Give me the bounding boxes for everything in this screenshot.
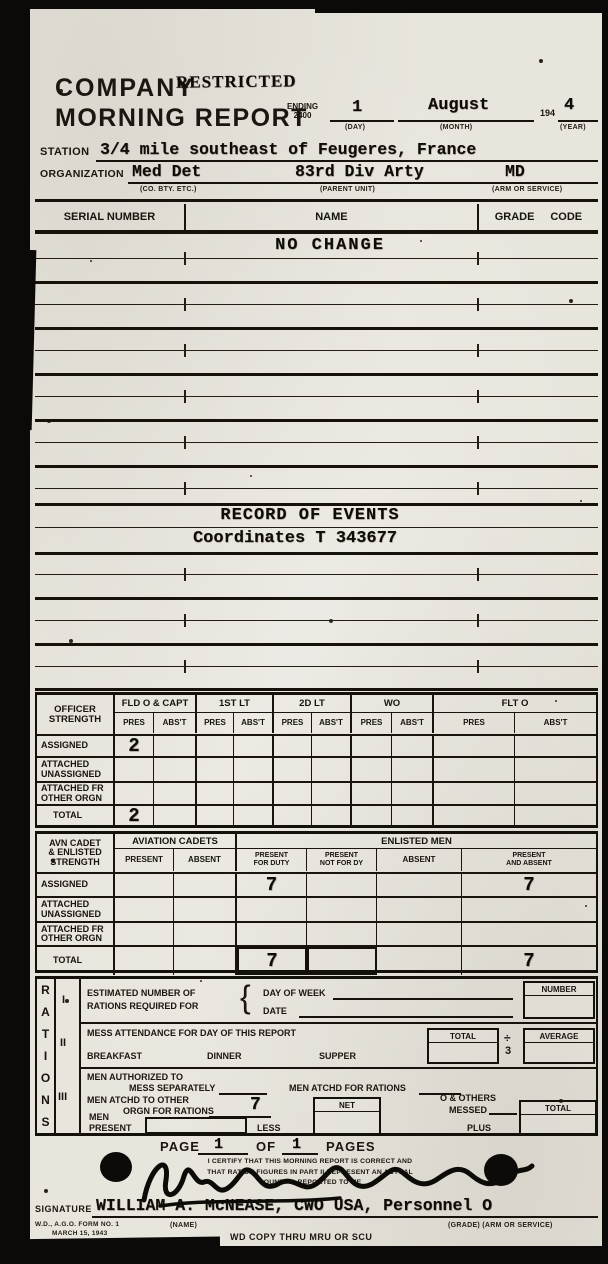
officer-sub-abst: ABS'T — [392, 713, 434, 733]
others-messed-line — [489, 1113, 517, 1115]
enlisted-row-assigned: ASSIGNED 7 7 — [37, 874, 596, 898]
rations-net-box: NET — [313, 1097, 381, 1135]
officer-sub-abst: ABS'T — [312, 713, 352, 733]
sub-absent: ABSENT — [377, 849, 462, 871]
officer-group-2d-lt: 2D LT — [274, 695, 352, 712]
sub-present-for-duty: PRESENT FOR DUTY — [237, 849, 307, 871]
station-label: STATION — [40, 146, 89, 158]
ruled-row — [35, 666, 598, 691]
day-underline — [330, 120, 394, 122]
roster-col-name: NAME — [186, 204, 479, 230]
officer-strength-table: OFFICER STRENGTH FLD O & CAPT 1ST LT 2D … — [35, 692, 598, 828]
year-underline — [558, 120, 598, 122]
ruled-row — [35, 373, 598, 397]
officer-sub-pres: PRES — [352, 713, 392, 733]
divided-by-sign: ÷ — [504, 1031, 511, 1045]
ruled-row — [35, 281, 598, 305]
officer-group-flt-o: FLT O — [434, 695, 596, 712]
scan-edge-top-right — [315, 0, 608, 13]
form-date: MARCH 15, 1943 — [52, 1230, 108, 1237]
officer-sub-pres: PRES — [115, 713, 154, 733]
enlisted-strength-table: AVN CADET & ENLISTED STRENGTH AVIATION C… — [35, 831, 598, 973]
ruled-row — [35, 527, 598, 555]
atchd-other-value: 7 — [250, 1095, 261, 1115]
officer-sub-abst: ABS'T — [234, 713, 274, 733]
officer-sub-pres: PRES — [274, 713, 312, 733]
rations-breakfast-label: BREAKFAST — [87, 1051, 142, 1061]
enlisted-table-corner: AVN CADET & ENLISTED STRENGTH — [37, 834, 115, 872]
officer-table-corner: OFFICER STRENGTH — [37, 695, 115, 734]
enlisted-row-attached-unassigned: ATTACHED UNASSIGNED — [37, 898, 596, 923]
rations-number-box: NUMBER — [523, 981, 595, 1019]
roster-header-double-rule — [35, 233, 598, 234]
scan-edge-left — [0, 0, 30, 1264]
rations-authorized-label: MEN AUTHORIZED TO — [87, 1072, 183, 1082]
roster-col-code: CODE — [550, 211, 582, 223]
roster-col-serial: SERIAL NUMBER — [35, 204, 186, 230]
men-present-label: MEN PRESENT — [89, 1112, 132, 1135]
ruled-row — [35, 597, 598, 621]
rations-dinner-label: DINNER — [207, 1051, 242, 1061]
year-caption: (YEAR) — [560, 124, 586, 131]
rations-supper-label: SUPPER — [319, 1051, 356, 1061]
rations-sec1-brace: { — [240, 979, 251, 1016]
sub-cadets-present: PRESENT — [115, 849, 174, 871]
officer-group-1st-lt: 1ST LT — [197, 695, 274, 712]
atchd-other-label-1: MEN ATCHD TO OTHER — [87, 1095, 189, 1105]
rations-section: R A T I O N S I II III ESTIMATED NUMBER … — [35, 976, 598, 1136]
organization-underline — [128, 182, 598, 184]
form-title-line1: COMPANY — [55, 74, 195, 103]
officer-sub-pres: PRES — [197, 713, 234, 733]
rations-total-box: TOTAL — [427, 1028, 499, 1064]
rations-total-box-iii: TOTAL — [519, 1100, 597, 1135]
plus-label: PLUS — [467, 1123, 491, 1133]
signature-underline — [92, 1216, 598, 1218]
officer-sub-pres: PRES — [434, 713, 515, 733]
officer-group-wo: WO — [352, 695, 434, 712]
organization-parent-value: 83rd Div Arty — [295, 162, 424, 181]
rations-letters-divider — [54, 979, 56, 1133]
scan-edge-right — [602, 0, 608, 1264]
officer-sub-abst: ABS'T — [154, 713, 197, 733]
ruled-row — [35, 465, 598, 489]
signature-label: SIGNATURE — [35, 1204, 92, 1214]
ending-2400-label: ENDING 2400 — [287, 102, 318, 120]
rations-numerals-divider — [79, 979, 81, 1133]
enlisted-row-total: TOTAL 7 7 — [37, 947, 596, 975]
organization-unit-value: Med Det — [132, 162, 201, 181]
roster-header-row: SERIAL NUMBER NAME GRADE CODE — [35, 204, 598, 233]
men-present-box — [145, 1117, 247, 1134]
rations-vertical-label: R A T I O N S — [37, 983, 54, 1129]
distribution-line: WD COPY THRU MRU OR SCU — [230, 1232, 372, 1242]
morning-report-scan: COMPANY RESTRICTED MORNING REPORT ENDING… — [0, 0, 608, 1264]
roster-top-rule — [35, 199, 598, 202]
sub-present-not-for-dy: PRESENT NOT FOR DY — [307, 849, 377, 871]
sub-present-and-absent: PRESENT AND ABSENT — [462, 849, 596, 871]
less-label: LESS — [257, 1123, 281, 1133]
rations-divider-1 — [79, 1022, 597, 1024]
name-caption: (NAME) — [170, 1222, 197, 1229]
group-aviation-cadets: AVIATION CADETS — [115, 834, 237, 848]
rations-day-of-week-line — [333, 998, 513, 1000]
rations-numeral-i: I — [62, 994, 65, 1006]
ruled-row — [35, 327, 598, 351]
sub-cadets-absent: ABSENT — [174, 849, 237, 871]
rations-date-line — [299, 1016, 513, 1018]
grade-caption: (GRADE) (ARM OR SERVICE) — [448, 1222, 553, 1229]
signature-typed-name: WILLIAM A. McNEASE, CWO USA, Personnel O — [96, 1196, 492, 1215]
month-caption: (MONTH) — [440, 124, 472, 131]
restricted-stamp: RESTRICTED — [176, 71, 297, 92]
year-prefix: 194 — [540, 108, 555, 118]
ruled-row — [35, 643, 598, 667]
rations-mess-attendance-title: MESS ATTENDANCE FOR DAY OF THIS REPORT — [87, 1028, 296, 1038]
rations-average-box: AVERAGE — [523, 1028, 595, 1064]
day-value: 1 — [352, 98, 362, 117]
month-value: August — [428, 96, 489, 115]
rations-mess-separately-label: MESS SEPARATELY — [129, 1083, 215, 1093]
organization-arm-caption: (ARM OR SERVICE) — [492, 186, 562, 193]
atchd-for-rations-label: MEN ATCHD FOR RATIONS — [289, 1083, 406, 1093]
officer-row-attached-fr-other: ATTACHED FR OTHER ORGN — [37, 783, 596, 806]
organization-parent-caption: (PARENT UNIT) — [320, 186, 375, 193]
day-caption: (DAY) — [345, 124, 365, 131]
atchd-other-label-2: ORGN FOR RATIONS — [123, 1106, 214, 1116]
organization-arm-value: MD — [505, 162, 525, 181]
officer-row-total: TOTAL 2 — [37, 806, 596, 826]
rations-date-label: DATE — [263, 1006, 287, 1016]
ruled-row — [35, 236, 598, 259]
roster-col-grade-code: GRADE CODE — [479, 204, 598, 230]
rations-numeral-ii: II — [60, 1037, 66, 1049]
year-value: 4 — [564, 96, 574, 115]
divisor-three: 3 — [505, 1045, 511, 1057]
ruled-row — [35, 419, 598, 443]
hole-punch-left — [100, 1152, 132, 1182]
month-underline — [398, 120, 534, 122]
officer-row-attached-unassigned: ATTACHED UNASSIGNED — [37, 758, 596, 783]
station-value: 3/4 mile southeast of Feugeres, France — [100, 140, 476, 159]
enlisted-row-attached-fr-other: ATTACHED FR OTHER ORGN — [37, 923, 596, 947]
roster-col-grade: GRADE — [495, 211, 535, 223]
form-number: W.D., A.G.O. FORM NO. 1 — [35, 1221, 119, 1228]
organization-unit-caption: (CO. BTY. ETC.) — [140, 186, 197, 193]
officer-row-assigned: ASSIGNED 2 — [37, 736, 596, 758]
rations-divider-2 — [79, 1067, 597, 1069]
officer-sub-abst: ABS'T — [515, 713, 596, 733]
organization-label: ORGANIZATION — [40, 168, 124, 180]
rations-numeral-iii: III — [58, 1091, 67, 1103]
rations-sec1-label: ESTIMATED NUMBER OF RATIONS REQUIRED FOR — [87, 987, 198, 1013]
form-title-line2: MORNING REPORT — [55, 104, 308, 133]
rations-day-of-week-label: DAY OF WEEK — [263, 988, 326, 998]
ruled-row — [35, 503, 598, 528]
group-enlisted-men: ENLISTED MEN — [237, 834, 596, 848]
ruled-row — [35, 552, 598, 575]
officer-group-fldo-capt: FLD O & CAPT — [115, 695, 197, 712]
